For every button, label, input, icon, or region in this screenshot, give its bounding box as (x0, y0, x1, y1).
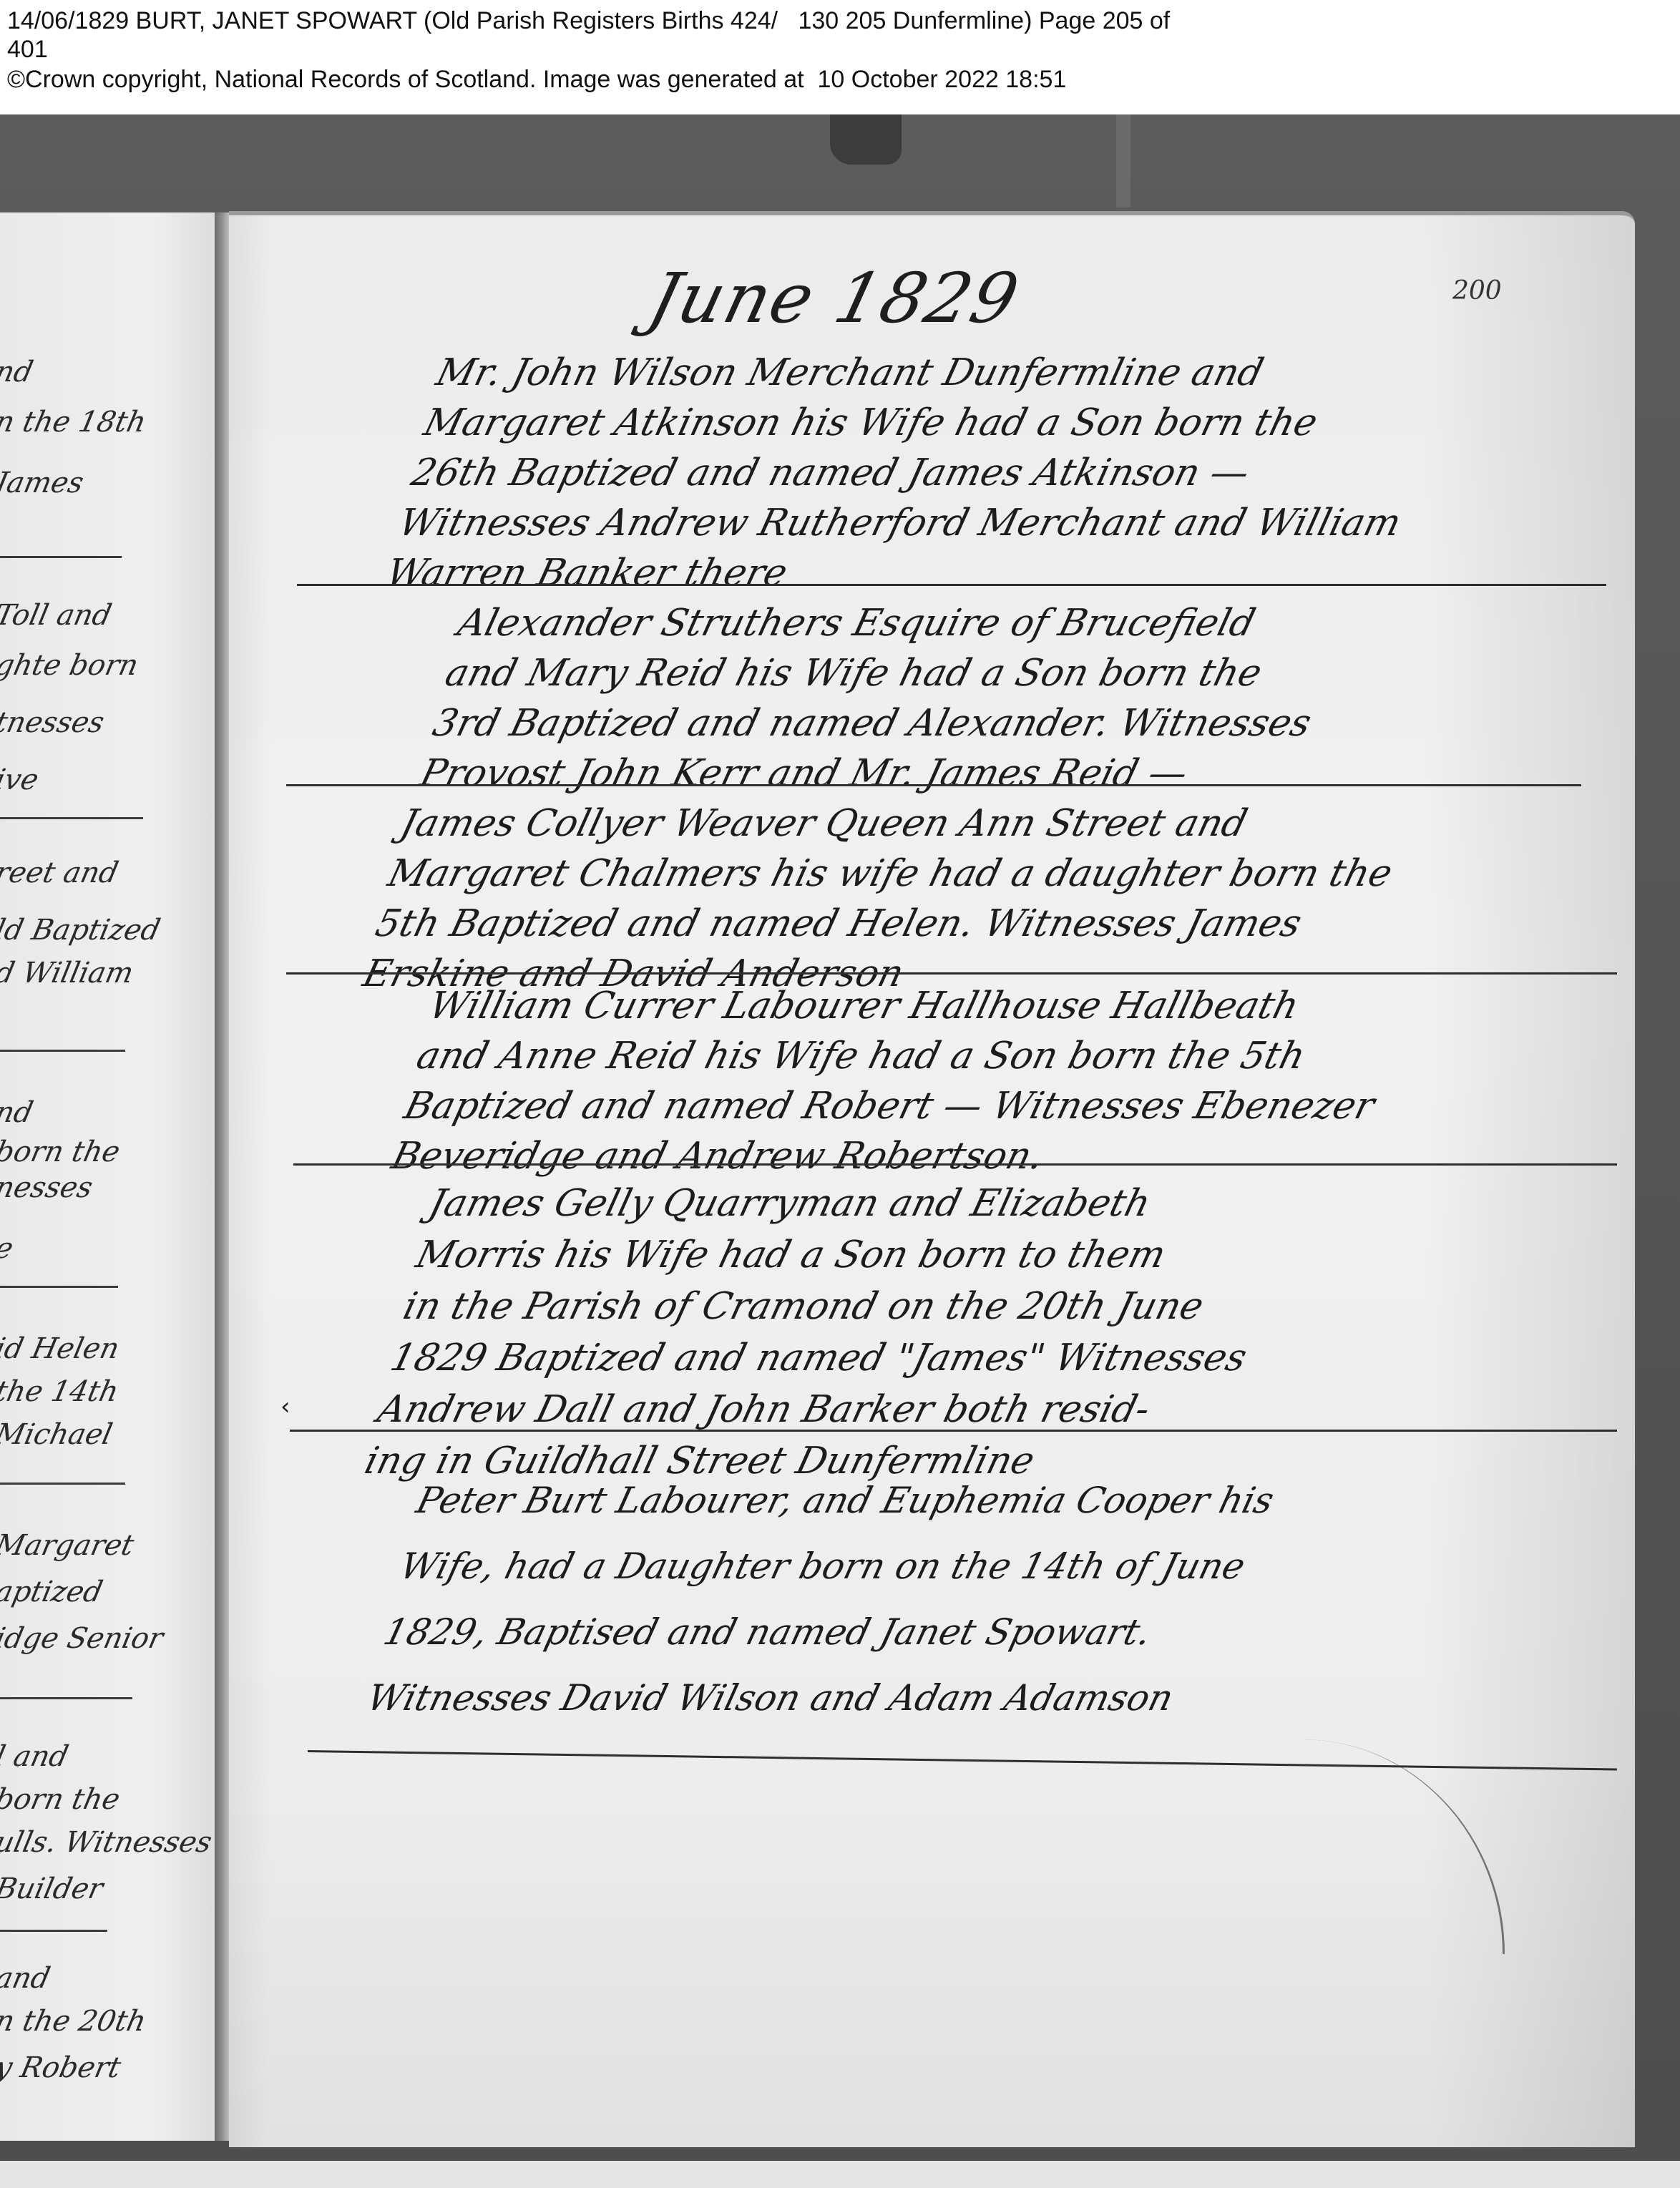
entry-divider (0, 1697, 132, 1699)
left-page-text-fragment: e (0, 1232, 16, 1265)
entry-line: Witnesses Andrew Rutherford Merchant and… (394, 498, 1406, 548)
entry-divider (0, 1050, 125, 1052)
entry-line: and Anne Reid his Wife had a Son born th… (411, 1031, 1392, 1081)
left-page-text-fragment: y Robert (0, 2051, 124, 2084)
entry-divider (286, 972, 1617, 975)
record-title: 14/06/1829 BURT, JANET SPOWART (Old Pari… (7, 6, 1170, 36)
entry-divider (0, 1930, 107, 1932)
binding-stripe (1116, 114, 1130, 207)
folio-number: 200 (1452, 276, 1502, 306)
baptism-entry-currer: William Currer Labourer Hallhouse Hallbe… (386, 981, 1405, 1181)
margin-ink-mark: ‹ (280, 1392, 290, 1421)
baptism-entry-struthers: Alexander Struthers Esquire of Brucefiel… (415, 598, 1341, 798)
entry-line: Witnesses David Wilson and Adam Adamson (360, 1665, 1231, 1731)
left-page-text-fragment: nesses (0, 1171, 96, 1204)
entry-line: Baptized and named Robert — Witnesses Eb… (399, 1081, 1379, 1131)
left-page-text-fragment: idge Senior (0, 1622, 166, 1655)
entry-divider (0, 1286, 118, 1288)
left-page-text-fragment: born the (0, 1135, 123, 1168)
entry-line: Provost John Kerr and Mr. James Reid — (415, 748, 1304, 798)
left-page-text-fragment: aptized (0, 1576, 106, 1608)
entry-line: Margaret Chalmers his wife had a daughte… (383, 849, 1397, 899)
entry-line: Beveridge and Andrew Robertson. (386, 1131, 1367, 1181)
left-page-text-fragment: born the (0, 1783, 123, 1816)
entry-line: William Currer Labourer Hallhouse Hallbe… (424, 981, 1405, 1031)
left-page-text-fragment: ulls. Witnesses (0, 1826, 215, 1859)
left-page-text-fragment: Margaret (0, 1529, 137, 1562)
image-caption-header: 14/06/1829 BURT, JANET SPOWART (Old Pari… (0, 0, 1680, 114)
left-page-text-fragment: ghte born (0, 649, 141, 682)
pen-stroke-mark (1302, 1739, 1505, 1954)
baptism-entry-gelly: James Gelly Quarryman and Elizabeth Morr… (359, 1178, 1290, 1487)
entry-line: Alexander Struthers Esquire of Brucefiel… (453, 598, 1342, 648)
register-page: June 1829 200 Mr. John Wilson Merchant D… (229, 211, 1635, 2147)
left-page-text-fragment: Toll and (0, 599, 114, 632)
left-page-text-fragment: n the 18th (0, 406, 149, 439)
entry-line: 26th Baptized and named James Atkinson — (406, 448, 1419, 498)
entry-line: 1829 Baptized and named "James" Witnesse… (385, 1332, 1252, 1384)
page-heading-month-year: June 1829 (641, 258, 1027, 338)
left-page-text-fragment: Michael (0, 1418, 115, 1451)
left-page-text-fragment: and (0, 1962, 53, 1995)
entry-line: Mr. John Wilson Merchant Dunfermline and (431, 348, 1444, 398)
image-bottom-strip (0, 2161, 1680, 2188)
entry-line: 3rd Baptized and named Alexander. Witnes… (428, 698, 1317, 748)
entry-divider (297, 584, 1606, 586)
left-page-text-fragment: n the 20th (0, 2005, 149, 2038)
binding-tab (830, 114, 902, 165)
entry-line: Andrew Dall and John Barker both resid- (372, 1384, 1239, 1435)
entry-divider (290, 1430, 1617, 1432)
entry-line: Morris his Wife had a Son born to them (411, 1229, 1278, 1281)
left-page-text-fragment: the 14th (0, 1375, 122, 1408)
baptism-entry-collyer: James Collyer Weaver Queen Ann Street an… (358, 798, 1410, 999)
entry-line: in the Parish of Cramond on the 20th Jun… (398, 1281, 1265, 1332)
left-page-text-fragment: James (0, 467, 87, 499)
entry-line: Warren Banker there (381, 548, 1394, 598)
record-title-page-count: 401 (7, 34, 48, 64)
entry-line: Margaret Atkinson his Wife had a Son bor… (419, 398, 1431, 448)
baptism-entry-wilson: Mr. John Wilson Merchant Dunfermline and… (381, 348, 1444, 598)
entry-line: Wife, had a Daughter born on the 14th of… (393, 1533, 1264, 1599)
left-page-text-fragment: Builder (0, 1872, 106, 1905)
left-facing-page: ndn the 18thJamesToll andghte borntnesse… (0, 213, 218, 2141)
entry-line: 5th Baptized and named Helen. Witnesses … (371, 899, 1385, 949)
left-page-text-fragment: reet and (0, 856, 121, 889)
left-page-text-fragment: ive (0, 763, 41, 796)
baptism-entry-burt-spowart: Peter Burt Labourer, and Euphemia Cooper… (360, 1467, 1281, 1731)
left-page-text-fragment: id Helen (0, 1332, 122, 1365)
left-page-text-fragment: nd (0, 1096, 36, 1129)
entry-divider (0, 817, 143, 819)
left-page-text-fragment: d William (0, 957, 137, 990)
entry-divider (0, 556, 122, 558)
entry-divider (308, 1750, 1617, 1771)
entry-divider (0, 1483, 125, 1485)
book-gutter (215, 213, 229, 2141)
copyright-notice: ©Crown copyright, National Records of Sc… (7, 64, 1066, 94)
entry-line: 1829, Baptised and named Janet Spowart. (376, 1599, 1248, 1665)
left-page-text-fragment: ld Baptized (0, 914, 163, 947)
left-page-text-fragment: tnesses (0, 706, 107, 739)
left-page-text-fragment: nd (0, 356, 36, 389)
entry-line: and Mary Reid his Wife had a Son born th… (440, 648, 1329, 698)
entry-divider (286, 784, 1581, 786)
entry-line: James Collyer Weaver Queen Ann Street an… (396, 798, 1410, 849)
left-page-text-fragment: l and (0, 1740, 72, 1773)
entry-line: James Gelly Quarryman and Elizabeth (424, 1178, 1291, 1229)
entry-divider (293, 1163, 1617, 1166)
entry-line: Peter Burt Labourer, and Euphemia Cooper… (409, 1467, 1281, 1533)
